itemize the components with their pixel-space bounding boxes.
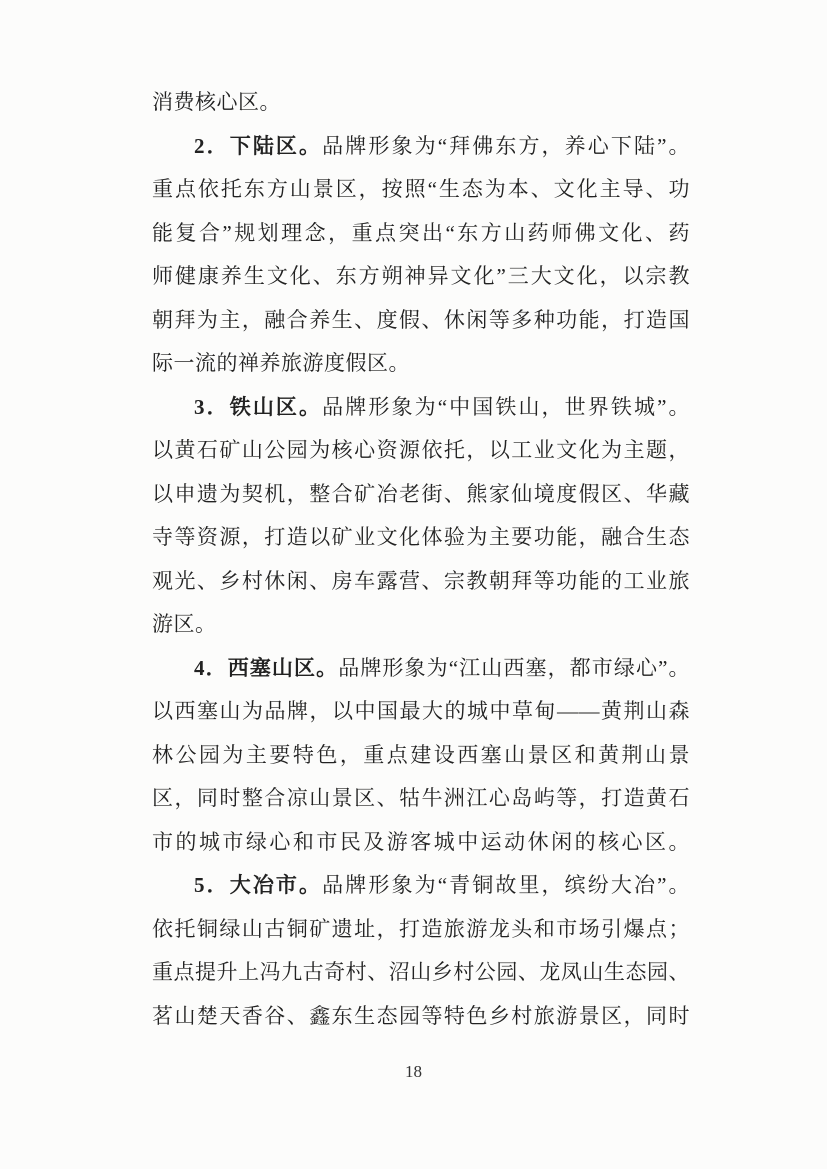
text-line: 市的城市绿心和市民及游客城中运动休闲的核心区。 — [152, 821, 690, 865]
text-line: 重点依托东方山景区，按照“生态为本、文化主导、功 — [152, 168, 690, 212]
text-line: 消费核心区。 — [152, 81, 690, 125]
body-text: 能复合”规划理念，重点突出“东方山药师佛文化、药 — [152, 221, 690, 245]
body-text: 游区。 — [152, 612, 217, 636]
text-line: 际一流的禅养旅游度假区。 — [152, 342, 690, 386]
text-line: 师健康养生文化、东方朔神异文化”三大文化，以宗教 — [152, 255, 690, 299]
text-line: 重点提升上冯九古奇村、沼山乡村公园、龙凤山生态园、 — [152, 951, 690, 995]
body-text: 以西塞山为品牌，以中国最大的城中草甸——黄荆山森 — [152, 699, 690, 723]
body-text: 消费核心区。 — [152, 90, 281, 114]
document-body: 消费核心区。2．下陆区。品牌形象为“拜佛东方，养心下陆”。重点依托东方山景区，按… — [152, 81, 690, 1038]
text-line: 寺等资源，打造以矿业文化体验为主要功能，融合生态 — [152, 516, 690, 560]
body-text: 观光、乡村休闲、房车露营、宗教朝拜等功能的工业旅 — [152, 569, 690, 593]
text-line: 以黄石矿山公园为核心资源依托，以工业文化为主题， — [152, 429, 690, 473]
body-text: 重点依托东方山景区，按照“生态为本、文化主导、功 — [152, 177, 690, 201]
body-text: 市的城市绿心和市民及游客城中运动休闲的核心区。 — [152, 830, 690, 854]
body-text: 茗山楚天香谷、鑫东生态园等特色乡村旅游景区，同时 — [152, 1004, 690, 1028]
body-text: 重点提升上冯九古奇村、沼山乡村公园、龙凤山生态园、 — [152, 960, 690, 984]
body-text: 品牌形象为“青铜故里，缤纷大冶”。 — [322, 873, 690, 897]
body-text: 际一流的禅养旅游度假区。 — [152, 351, 410, 375]
section-heading: 5．大冶市。 — [194, 873, 322, 897]
text-line: 2．下陆区。品牌形象为“拜佛东方，养心下陆”。 — [152, 125, 690, 169]
body-text: 依托铜绿山古铜矿遗址，打造旅游龙头和市场引爆点； — [152, 917, 690, 941]
body-text: 以黄石矿山公园为核心资源依托，以工业文化为主题， — [152, 438, 690, 462]
body-text: 以申遗为契机，整合矿冶老街、熊家仙境度假区、华藏 — [152, 482, 690, 506]
text-line: 观光、乡村休闲、房车露营、宗教朝拜等功能的工业旅 — [152, 560, 690, 604]
body-text: 区，同时整合凉山景区、牯牛洲江心岛屿等，打造黄石 — [152, 786, 690, 810]
text-line: 以西塞山为品牌，以中国最大的城中草甸——黄荆山森 — [152, 690, 690, 734]
page-number: 18 — [0, 1062, 827, 1082]
document-page: 消费核心区。2．下陆区。品牌形象为“拜佛东方，养心下陆”。重点依托东方山景区，按… — [0, 0, 827, 1169]
body-text: 寺等资源，打造以矿业文化体验为主要功能，融合生态 — [152, 525, 690, 549]
section-heading: 4．西塞山区。 — [194, 656, 338, 680]
body-text: 师健康养生文化、东方朔神异文化”三大文化，以宗教 — [152, 264, 690, 288]
body-text: 品牌形象为“拜佛东方，养心下陆”。 — [322, 134, 690, 158]
body-text: 品牌形象为“江山西塞，都市绿心”。 — [338, 656, 690, 680]
text-line: 以申遗为契机，整合矿冶老街、熊家仙境度假区、华藏 — [152, 473, 690, 517]
text-line: 茗山楚天香谷、鑫东生态园等特色乡村旅游景区，同时 — [152, 995, 690, 1039]
body-text: 林公园为主要特色，重点建设西塞山景区和黄荆山景 — [152, 743, 690, 767]
text-line: 游区。 — [152, 603, 690, 647]
text-line: 能复合”规划理念，重点突出“东方山药师佛文化、药 — [152, 212, 690, 256]
body-text: 品牌形象为“中国铁山，世界铁城”。 — [322, 395, 690, 419]
text-line: 依托铜绿山古铜矿遗址，打造旅游龙头和市场引爆点； — [152, 908, 690, 952]
text-line: 3．铁山区。品牌形象为“中国铁山，世界铁城”。 — [152, 386, 690, 430]
text-line: 区，同时整合凉山景区、牯牛洲江心岛屿等，打造黄石 — [152, 777, 690, 821]
text-line: 朝拜为主，融合养生、度假、休闲等多种功能，打造国 — [152, 299, 690, 343]
text-line: 4．西塞山区。品牌形象为“江山西塞，都市绿心”。 — [152, 647, 690, 691]
section-heading: 3．铁山区。 — [194, 395, 322, 419]
text-line: 林公园为主要特色，重点建设西塞山景区和黄荆山景 — [152, 734, 690, 778]
body-text: 朝拜为主，融合养生、度假、休闲等多种功能，打造国 — [152, 308, 690, 332]
section-heading: 2．下陆区。 — [194, 134, 322, 158]
text-line: 5．大冶市。品牌形象为“青铜故里，缤纷大冶”。 — [152, 864, 690, 908]
